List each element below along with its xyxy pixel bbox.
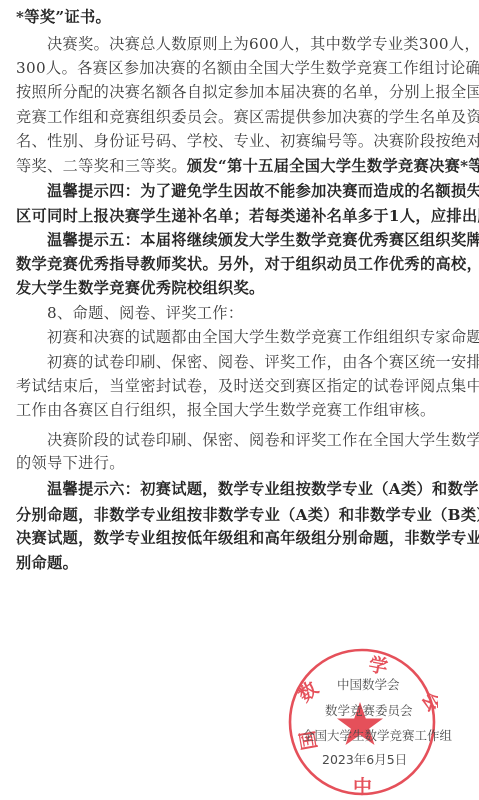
official-seal-icon: 数 学 会 国 中 [286,646,438,798]
text-line: 数学竞赛优秀指导教师奖状。另外，对于组织动员工作优秀的高校，拟考虑颁 [16,254,472,274]
text-line: 名、性别、身份证号码、学校、专业、初赛编号等。决赛阶段按绝对分数评出一 [16,131,472,151]
signature-org-2: 数学竞赛委员会 [325,703,413,719]
text-line: 发大学生数学竞赛优秀院校组织奖。 [16,278,472,298]
tip-four-line: 温馨提示四：为了避免学生因故不能参加决赛而造成的名额损失，每个赛 [47,181,472,201]
text-line: 300人。各赛区参加决赛的名额由全国大学生数学竞赛工作组讨论确定。各赛区 [16,58,472,78]
text-line: 初赛和决赛的试题都由全国大学生数学竞赛工作组组织专家命题。 [47,327,472,347]
text-line: 考试结束后，当堂密封试卷，及时送交到赛区指定的试卷评阅点集中阅卷。评奖 [16,376,472,396]
text-line: 别命题。 [16,553,472,573]
certificate-text: 颁发“第十五届全国大学生数学竞赛决赛*等奖”证书。 [187,157,479,175]
text-line: 决赛阶段的试卷印刷、保密、阅卷和评奖工作在全国大学生数学竞赛工作组 [47,430,472,450]
text-line: 区可同时上报决赛学生递补名单；若每类递补名单多于1人，应排出顺序。 [16,206,472,226]
document-page: *等奖”证书。 决赛奖。决赛总人数原则上为600人，其中数学专业类300人，非数… [0,0,479,800]
signature-org-1: 中国数学会 [337,677,400,693]
svg-text:学: 学 [367,653,390,679]
text-line: *等奖”证书。 [16,7,472,27]
text-line: 初赛的试卷印刷、保密、阅卷、评奖工作，由各个赛区统一安排。各赛区在 [47,352,472,372]
section-heading: 8、命题、阅卷、评奖工作： [47,303,472,323]
text-line: 的领导下进行。 [16,453,472,473]
signature-org-3: 全国大学生数学竞赛工作组 [302,728,452,744]
text-line: 分别命题，非数学专业组按非数学专业（A类）和非数学专业（B类）分别命题。 [16,505,472,525]
svg-text:数: 数 [293,677,322,707]
tip-six-line: 温馨提示六：初赛试题，数学专业组按数学专业（A类）和数学专业（B类） [47,479,472,499]
svg-text:中: 中 [353,775,372,798]
text-line: 竞赛工作组和竞赛组织委员会。赛区需提供参加决赛的学生名单及资料，包括姓 [16,107,472,127]
text-line: 决赛试题，数学专业组按低年级组和高年级组分别命题，非数学专业组不再分 [16,528,472,548]
text-line: 工作由各赛区自行组织，报全国大学生数学竞赛工作组审核。 [16,400,472,420]
signature-date: 2023年6月5日 [322,752,407,768]
text-line: 等奖、二等奖和三等奖。颁发“第十五届全国大学生数学竞赛决赛*等奖”证书。 [16,156,472,176]
tip-five-line: 温馨提示五：本届将继续颁发大学生数学竞赛优秀赛区组织奖牌、大学生 [47,230,472,250]
text-line: 按照所分配的决赛名额各自拟定参加本届决赛的名单，分别上报全国大学生数学 [16,82,472,102]
text-line: 决赛奖。决赛总人数原则上为600人，其中数学专业类300人，非数学专业类 [47,34,472,54]
text-segment: 等奖、二等奖和三等奖。 [16,157,187,175]
